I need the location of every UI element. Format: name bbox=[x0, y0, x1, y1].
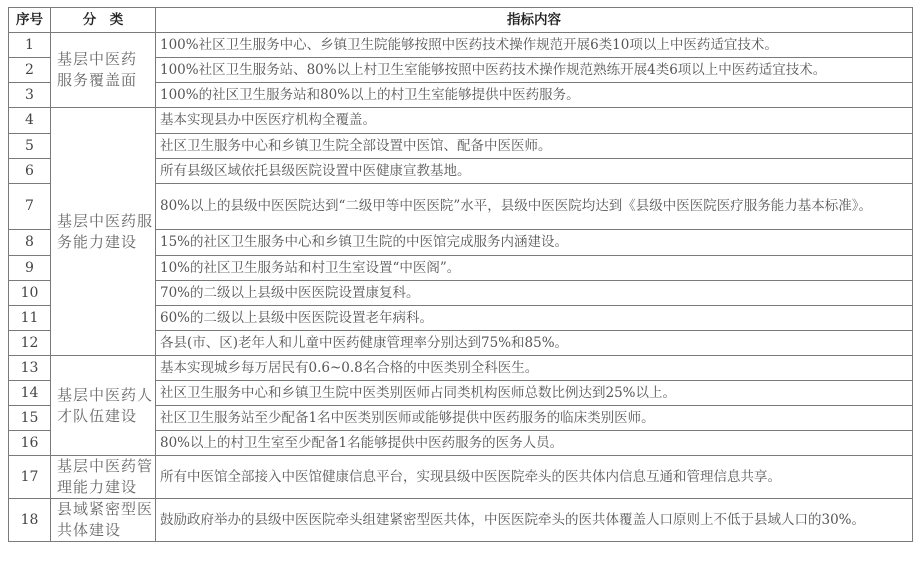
category-line: 服务覆盖面 bbox=[57, 70, 155, 91]
table-row: 1 基层中医药 服务覆盖面 100%社区卫生服务中心、乡镇卫生院能够按照中医药技… bbox=[9, 33, 913, 58]
row-index: 1 bbox=[9, 33, 51, 58]
table-row: 17 基层中医药管 理能力建设 所有中医馆全部接入中医馆健康信息平台，实现县级中… bbox=[9, 456, 913, 499]
row-index: 9 bbox=[9, 256, 51, 281]
category-cell: 基层中医药管 理能力建设 bbox=[51, 456, 156, 499]
row-index: 6 bbox=[9, 159, 51, 184]
category-line: 基层中医药服 bbox=[57, 211, 155, 232]
category-line: 理能力建设 bbox=[57, 477, 155, 498]
category-cell: 基层中医药 服务覆盖面 bbox=[51, 33, 156, 108]
row-index: 13 bbox=[9, 356, 51, 381]
row-index: 10 bbox=[9, 281, 51, 306]
row-index: 14 bbox=[9, 381, 51, 406]
row-content: 60%的二级以上县级中医医院设置老年病科。 bbox=[156, 306, 913, 331]
row-index: 5 bbox=[9, 134, 51, 159]
row-content: 所有县级区域依托县级医院设置中医健康宣教基地。 bbox=[156, 159, 913, 184]
row-content: 100%社区卫生服务中心、乡镇卫生院能够按照中医药技术操作规范开展6类10项以上… bbox=[156, 33, 913, 58]
category-line: 才队伍建设 bbox=[57, 406, 155, 427]
table-row: 4 基层中医药服 务能力建设 基本实现县办中医医疗机构全覆盖。 bbox=[9, 108, 913, 134]
row-content: 10%的社区卫生服务站和村卫生室设置“中医阁”。 bbox=[156, 256, 913, 281]
row-content: 基本实现城乡每万居民有0.6~0.8名合格的中医类别全科医生。 bbox=[156, 356, 913, 381]
row-content: 基本实现县办中医医疗机构全覆盖。 bbox=[156, 108, 913, 134]
header-row: 序号 分 类 指标内容 bbox=[9, 8, 913, 33]
category-line: 基层中医药人 bbox=[57, 385, 155, 406]
row-content: 100%社区卫生服务站、80%以上村卫生室能够按照中医药技术操作规范熟练开展4类… bbox=[156, 58, 913, 83]
table-row: 18 县域紧密型医 共体建设 鼓励政府举办的县级中医医院牵头组建紧密型医共体，中… bbox=[9, 499, 913, 542]
row-index: 2 bbox=[9, 58, 51, 83]
row-content: 70%的二级以上县级中医医院设置康复科。 bbox=[156, 281, 913, 306]
row-index: 4 bbox=[9, 108, 51, 134]
category-line: 务能力建设 bbox=[57, 232, 155, 253]
row-content: 100%的社区卫生服务站和80%以上的村卫生室能够提供中医药服务。 bbox=[156, 83, 913, 108]
row-content: 15%的社区卫生服务中心和乡镇卫生院的中医馆完成服务内涵建设。 bbox=[156, 230, 913, 256]
row-index: 17 bbox=[9, 456, 51, 499]
category-line: 基层中医药 bbox=[57, 49, 155, 70]
row-index: 3 bbox=[9, 83, 51, 108]
row-content: 各县(市、区)老年人和儿童中医药健康管理率分别达到75%和85%。 bbox=[156, 331, 913, 356]
row-content: 80%以上的县级中医医院达到“二级甲等中医医院”水平，县级中医医院均达到《县级中… bbox=[156, 184, 913, 230]
row-index: 8 bbox=[9, 230, 51, 256]
row-index: 11 bbox=[9, 306, 51, 331]
row-index: 18 bbox=[9, 499, 51, 542]
row-index: 15 bbox=[9, 406, 51, 431]
row-content: 社区卫生服务站至少配备1名中医类别医师或能够提供中医药服务的临床类别医师。 bbox=[156, 406, 913, 431]
row-content: 80%以上的村卫生室至少配备1名能够提供中医药服务的医务人员。 bbox=[156, 431, 913, 456]
category-line: 基层中医药管 bbox=[57, 456, 155, 477]
category-cell: 基层中医药人 才队伍建设 bbox=[51, 356, 156, 456]
category-line: 共体建设 bbox=[57, 520, 155, 541]
row-content: 鼓励政府举办的县级中医医院牵头组建紧密型医共体，中医医院牵头的医共体覆盖人口原则… bbox=[156, 499, 913, 542]
row-index: 7 bbox=[9, 184, 51, 230]
row-index: 12 bbox=[9, 331, 51, 356]
header-index: 序号 bbox=[9, 8, 51, 33]
row-index: 16 bbox=[9, 431, 51, 456]
category-cell: 基层中医药服 务能力建设 bbox=[51, 108, 156, 356]
category-line: 县域紧密型医 bbox=[57, 499, 155, 520]
row-content: 社区卫生服务中心和乡镇卫生院中医类别医师占同类机构医师总数比例达到25%以上。 bbox=[156, 381, 913, 406]
category-cell: 县域紧密型医 共体建设 bbox=[51, 499, 156, 542]
header-category: 分 类 bbox=[51, 8, 156, 33]
indicator-table: 序号 分 类 指标内容 1 基层中医药 服务覆盖面 100%社区卫生服务中心、乡… bbox=[8, 7, 913, 542]
header-content: 指标内容 bbox=[156, 8, 913, 33]
table-row: 13 基层中医药人 才队伍建设 基本实现城乡每万居民有0.6~0.8名合格的中医… bbox=[9, 356, 913, 381]
row-content: 社区卫生服务中心和乡镇卫生院全部设置中医馆、配备中医医师。 bbox=[156, 134, 913, 159]
row-content: 所有中医馆全部接入中医馆健康信息平台，实现县级中医医院牵头的医共体内信息互通和管… bbox=[156, 456, 913, 499]
